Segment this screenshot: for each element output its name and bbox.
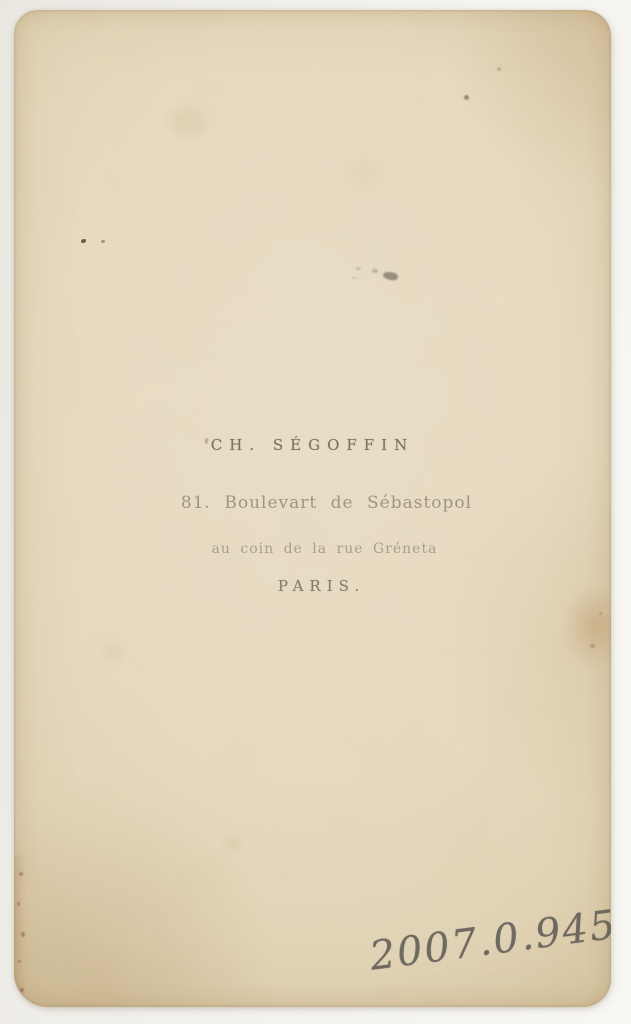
pencil-smudge (352, 277, 356, 279)
edge-wear-speck (20, 988, 24, 992)
foxing-speck (497, 67, 501, 71)
scan-background: CH. SÉGOFFIN 81. Boulevart de Sébastopol… (0, 0, 631, 1024)
carte-de-visite-back: CH. SÉGOFFIN 81. Boulevart de Sébastopol… (14, 10, 611, 1007)
foxing-spot (226, 838, 240, 849)
foxing-spot (344, 160, 384, 184)
edge-wear-speck (21, 932, 25, 937)
stain-mark (563, 585, 611, 669)
edge-wear (14, 855, 25, 1007)
edge-wear-speck (19, 872, 23, 876)
stamp-street-address: 81. Boulevart de Sébastopol (181, 493, 472, 513)
stamp-photographer-name: CH. SÉGOFFIN (211, 436, 414, 454)
ink-speck (81, 239, 86, 243)
foxing-spot (170, 108, 206, 136)
pencil-smudge (356, 267, 361, 270)
stamp-city: PARIS. (278, 577, 365, 595)
edge-wear-speck (17, 902, 20, 906)
foxing-speck (464, 95, 469, 100)
stain-speck (590, 644, 595, 648)
edge-wear-speck (18, 960, 21, 963)
ink-speck (101, 240, 105, 243)
stray-ink-mark (204, 438, 208, 444)
pencil-smudge (382, 270, 398, 281)
accession-number-handwritten: 2007.0.945 (367, 902, 611, 980)
foxing-spot (104, 646, 122, 660)
pencil-smudge (372, 269, 378, 273)
stain-speck (599, 612, 602, 615)
stamp-corner-note: au coin de la rue Gréneta (212, 541, 438, 557)
